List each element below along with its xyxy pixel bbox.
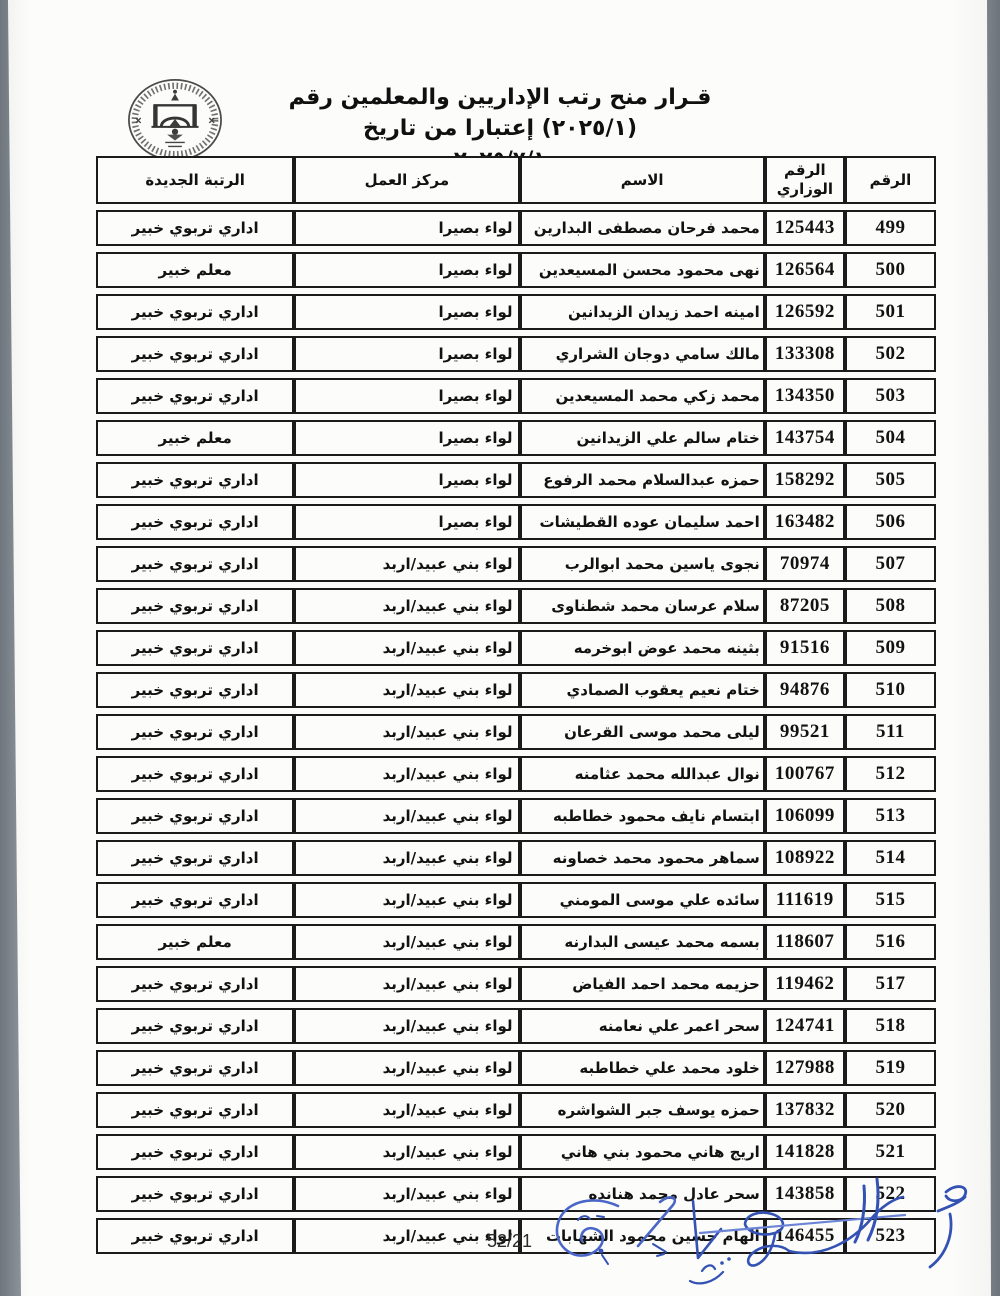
cell-ministry-number: 119462 (765, 966, 845, 1002)
cell-new-rank: اداري تربوي خبير (96, 840, 294, 876)
document-title-line1: قـرار منح رتب الإداريين والمعلمين رقم (٢… (240, 82, 760, 144)
cell-new-rank: اداري تربوي خبير (96, 546, 294, 582)
cell-new-rank: اداري تربوي خبير (96, 378, 294, 414)
cell-serial: 506 (845, 504, 936, 540)
cell-name: احمد سليمان عوده القطيشات (520, 504, 765, 540)
cell-work-center: لواء بصيرا (294, 252, 519, 288)
cell-name: اريج هاني محمود بني هاني (520, 1134, 765, 1170)
table-row: 515 111619 سائده علي موسى المومني لواء ب… (96, 882, 936, 918)
table-row: 506 163482 احمد سليمان عوده القطيشات لوا… (96, 504, 936, 540)
cell-new-rank: اداري تربوي خبير (96, 210, 294, 246)
cell-name: ختام نعيم يعقوب الصمادي (520, 672, 765, 708)
cell-new-rank: معلم خبير (96, 420, 294, 456)
cell-new-rank: اداري تربوي خبير (96, 504, 294, 540)
cell-name: مالك سامي دوجان الشراري (520, 336, 765, 372)
cell-ministry-number: 87205 (765, 588, 845, 624)
cell-new-rank: اداري تربوي خبير (96, 336, 294, 372)
cell-ministry-number: 108922 (765, 840, 845, 876)
column-header-new-rank: الرتبة الجديدة (96, 156, 294, 204)
cell-new-rank: اداري تربوي خبير (96, 1008, 294, 1044)
cell-ministry-number: 134350 (765, 378, 845, 414)
cell-new-rank: اداري تربوي خبير (96, 1092, 294, 1128)
cell-name: بثينه محمد عوض ابوخرمه (520, 630, 765, 666)
cell-work-center: لواء بصيرا (294, 336, 519, 372)
cell-ministry-number: 141828 (765, 1134, 845, 1170)
cell-work-center: لواء بني عبيد/اربد (294, 924, 519, 960)
table-row: 499 125443 محمد فرحان مصطفى البدارين لوا… (96, 210, 936, 246)
cell-ministry-number: 126564 (765, 252, 845, 288)
cell-name: حمزه عبدالسلام محمد الرفوع (520, 462, 765, 498)
cell-work-center: لواء بصيرا (294, 504, 519, 540)
table-row: 510 94876 ختام نعيم يعقوب الصمادي لواء ب… (96, 672, 936, 708)
cell-work-center: لواء بصيرا (294, 420, 519, 456)
cell-serial: 503 (845, 378, 936, 414)
cell-work-center: لواء بني عبيد/اربد (294, 882, 519, 918)
cell-work-center: لواء بني عبيد/اربد (294, 1218, 519, 1254)
table-row: 513 106099 ابتسام نايف محمود خطاطبه لواء… (96, 798, 936, 834)
cell-name: حمزه يوسف جبر الشواشره (520, 1092, 765, 1128)
cell-name: امينه احمد زيدان الزيدانين (520, 294, 765, 330)
cell-serial: 522 (845, 1176, 936, 1212)
cell-serial: 520 (845, 1092, 936, 1128)
cell-work-center: لواء بني عبيد/اربد (294, 966, 519, 1002)
cell-ministry-number: 126592 (765, 294, 845, 330)
cell-name: سلام عرسان محمد شطناوى (520, 588, 765, 624)
cell-ministry-number: 111619 (765, 882, 845, 918)
cell-ministry-number: 118607 (765, 924, 845, 960)
cell-serial: 517 (845, 966, 936, 1002)
cell-ministry-number: 137832 (765, 1092, 845, 1128)
cell-work-center: لواء بني عبيد/اربد (294, 588, 519, 624)
cell-new-rank: اداري تربوي خبير (96, 966, 294, 1002)
cell-name: ابتسام نايف محمود خطاطبه (520, 798, 765, 834)
cell-name: خلود محمد علي خطاطبه (520, 1050, 765, 1086)
cell-ministry-number: 94876 (765, 672, 845, 708)
cell-name: نوال عبدالله محمد عثامنه (520, 756, 765, 792)
table-row: 516 118607 بسمه محمد عيسى البدارنه لواء … (96, 924, 936, 960)
cell-ministry-number: 127988 (765, 1050, 845, 1086)
cell-serial: 508 (845, 588, 936, 624)
cell-name: نهى محمود محسن المسيعدين (520, 252, 765, 288)
cell-new-rank: اداري تربوي خبير (96, 714, 294, 750)
cell-name: الهام حسين محمود الشهابات (520, 1218, 765, 1254)
cell-new-rank: اداري تربوي خبير (96, 1176, 294, 1212)
cell-work-center: لواء بصيرا (294, 210, 519, 246)
cell-work-center: لواء بني عبيد/اربد (294, 1050, 519, 1086)
cell-serial: 500 (845, 252, 936, 288)
cell-work-center: لواء بني عبيد/اربد (294, 672, 519, 708)
table-header-row: الرقم الرقم الوزاري الاسم مركز العمل الر… (96, 156, 936, 204)
cell-new-rank: معلم خبير (96, 252, 294, 288)
cell-serial: 512 (845, 756, 936, 792)
table-row: 507 70974 نجوى ياسين محمد ابوالرب لواء ب… (96, 546, 936, 582)
cell-work-center: لواء بني عبيد/اربد (294, 798, 519, 834)
cell-new-rank: اداري تربوي خبير (96, 672, 294, 708)
table-row: 508 87205 سلام عرسان محمد شطناوى لواء بن… (96, 588, 936, 624)
cell-ministry-number: 99521 (765, 714, 845, 750)
table-row: 501 126592 امينه احمد زيدان الزيدانين لو… (96, 294, 936, 330)
cell-work-center: لواء بصيرا (294, 294, 519, 330)
cell-serial: 516 (845, 924, 936, 960)
cell-work-center: لواء بني عبيد/اربد (294, 1092, 519, 1128)
cell-new-rank: اداري تربوي خبير (96, 630, 294, 666)
cell-serial: 513 (845, 798, 936, 834)
table-row: 521 141828 اريج هاني محمود بني هاني لواء… (96, 1134, 936, 1170)
cell-serial: 519 (845, 1050, 936, 1086)
cell-serial: 507 (845, 546, 936, 582)
cell-name: ليلى محمد موسى القرعان (520, 714, 765, 750)
column-header-ministry-number: الرقم الوزاري (765, 156, 845, 204)
cell-ministry-number: 100767 (765, 756, 845, 792)
cell-ministry-number: 158292 (765, 462, 845, 498)
cell-serial: 501 (845, 294, 936, 330)
cell-ministry-number: 91516 (765, 630, 845, 666)
cell-name: سماهر محمود محمد خصاونه (520, 840, 765, 876)
cell-ministry-number: 143858 (765, 1176, 845, 1212)
document-content: قـرار منح رتب الإداريين والمعلمين رقم (٢… (0, 0, 1000, 1296)
cell-work-center: لواء بصيرا (294, 462, 519, 498)
cell-new-rank: اداري تربوي خبير (96, 882, 294, 918)
cell-serial: 509 (845, 630, 936, 666)
cell-new-rank: اداري تربوي خبير (96, 1134, 294, 1170)
table-row: 514 108922 سماهر محمود محمد خصاونه لواء … (96, 840, 936, 876)
cell-name: ختام سالم علي الزيدانين (520, 420, 765, 456)
table-row: 517 119462 حزيمه محمد احمد الفياض لواء ب… (96, 966, 936, 1002)
table-row: 520 137832 حمزه يوسف جبر الشواشره لواء ب… (96, 1092, 936, 1128)
table-row: 519 127988 خلود محمد علي خطاطبه لواء بني… (96, 1050, 936, 1086)
table-row: 503 134350 محمد زكي محمد المسيعدين لواء … (96, 378, 936, 414)
page-number: 52/21 (487, 1231, 532, 1252)
table-body: 499 125443 محمد فرحان مصطفى البدارين لوا… (96, 210, 936, 1254)
cell-work-center: لواء بني عبيد/اربد (294, 630, 519, 666)
cell-work-center: لواء بني عبيد/اربد (294, 714, 519, 750)
cell-name: بسمه محمد عيسى البدارنه (520, 924, 765, 960)
cell-serial: 502 (845, 336, 936, 372)
column-header-name: الاسم (520, 156, 765, 204)
cell-serial: 504 (845, 420, 936, 456)
cell-ministry-number: 146455 (765, 1218, 845, 1254)
table-row: 500 126564 نهى محمود محسن المسيعدين لواء… (96, 252, 936, 288)
cell-work-center: لواء بني عبيد/اربد (294, 840, 519, 876)
cell-new-rank: اداري تربوي خبير (96, 1218, 294, 1254)
table-row: 509 91516 بثينه محمد عوض ابوخرمه لواء بن… (96, 630, 936, 666)
cell-serial: 521 (845, 1134, 936, 1170)
cell-name: سحر عادل محمد هنانده (520, 1176, 765, 1212)
cell-work-center: لواء بني عبيد/اربد (294, 546, 519, 582)
cell-new-rank: اداري تربوي خبير (96, 798, 294, 834)
table-row: 511 99521 ليلى محمد موسى القرعان لواء بن… (96, 714, 936, 750)
column-header-serial: الرقم (845, 156, 936, 204)
cell-new-rank: اداري تربوي خبير (96, 462, 294, 498)
cell-name: محمد فرحان مصطفى البدارين (520, 210, 765, 246)
cell-ministry-number: 70974 (765, 546, 845, 582)
cell-name: سحر اعمر علي نعامنه (520, 1008, 765, 1044)
cell-ministry-number: 125443 (765, 210, 845, 246)
rank-grant-table: الرقم الرقم الوزاري الاسم مركز العمل الر… (96, 150, 936, 1260)
cell-ministry-number: 143754 (765, 420, 845, 456)
cell-serial: 510 (845, 672, 936, 708)
table-row: 504 143754 ختام سالم علي الزيدانين لواء … (96, 420, 936, 456)
column-header-work-center: مركز العمل (294, 156, 519, 204)
cell-name: حزيمه محمد احمد الفياض (520, 966, 765, 1002)
cell-serial: 514 (845, 840, 936, 876)
cell-new-rank: اداري تربوي خبير (96, 588, 294, 624)
table-row: 505 158292 حمزه عبدالسلام محمد الرفوع لو… (96, 462, 936, 498)
cell-work-center: لواء بني عبيد/اربد (294, 756, 519, 792)
table-row: 502 133308 مالك سامي دوجان الشراري لواء … (96, 336, 936, 372)
cell-serial: 505 (845, 462, 936, 498)
cell-work-center: لواء بني عبيد/اربد (294, 1008, 519, 1044)
cell-name: نجوى ياسين محمد ابوالرب (520, 546, 765, 582)
cell-serial: 523 (845, 1218, 936, 1254)
cell-ministry-number: 106099 (765, 798, 845, 834)
cell-serial: 511 (845, 714, 936, 750)
cell-new-rank: معلم خبير (96, 924, 294, 960)
cell-work-center: لواء بني عبيد/اربد (294, 1176, 519, 1212)
cell-name: محمد زكي محمد المسيعدين (520, 378, 765, 414)
cell-serial: 515 (845, 882, 936, 918)
cell-ministry-number: 133308 (765, 336, 845, 372)
cell-ministry-number: 124741 (765, 1008, 845, 1044)
cell-ministry-number: 163482 (765, 504, 845, 540)
cell-serial: 499 (845, 210, 936, 246)
cell-new-rank: اداري تربوي خبير (96, 294, 294, 330)
cell-work-center: لواء بني عبيد/اربد (294, 1134, 519, 1170)
table-row: 522 143858 سحر عادل محمد هنانده لواء بني… (96, 1176, 936, 1212)
cell-serial: 518 (845, 1008, 936, 1044)
table-row: 512 100767 نوال عبدالله محمد عثامنه لواء… (96, 756, 936, 792)
cell-new-rank: اداري تربوي خبير (96, 756, 294, 792)
cell-new-rank: اداري تربوي خبير (96, 1050, 294, 1086)
cell-name: سائده علي موسى المومني (520, 882, 765, 918)
cell-work-center: لواء بصيرا (294, 378, 519, 414)
table-row: 518 124741 سحر اعمر علي نعامنه لواء بني … (96, 1008, 936, 1044)
